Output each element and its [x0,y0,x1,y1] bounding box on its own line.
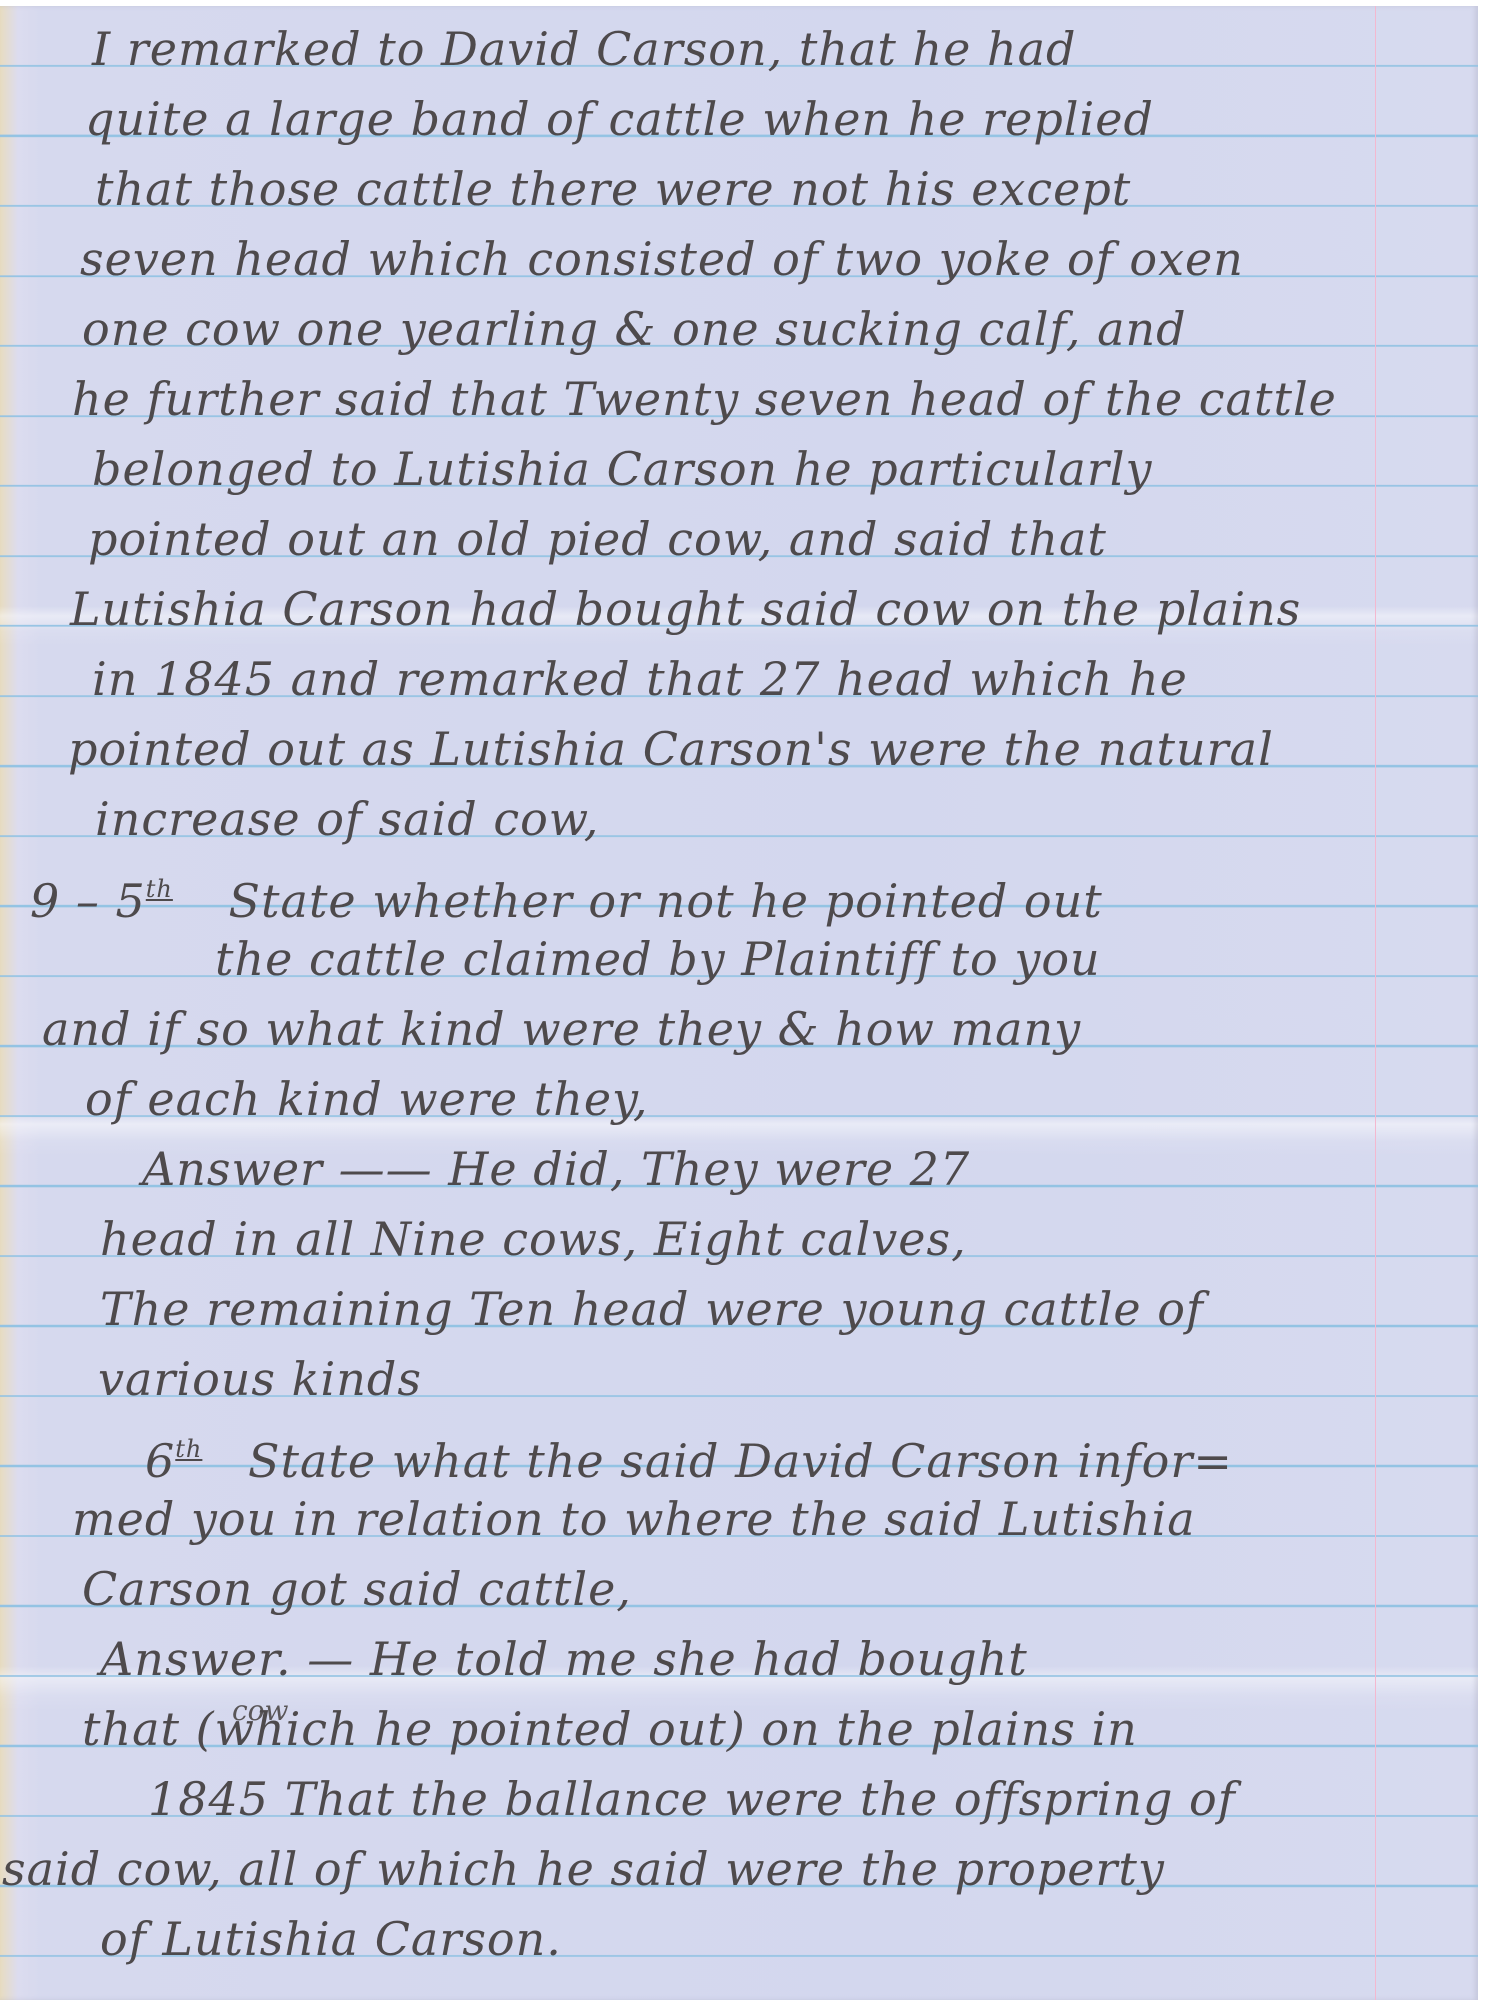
text-line: he further said that Twenty seven head o… [72,364,1337,434]
text-line: seven head which consisted of two yoke o… [80,224,1244,294]
question-number: 9 – 5 [30,874,146,928]
question-text: State what the said David Carson infor= [248,1434,1233,1488]
text-line: The remaining Ten head were young cattle… [100,1274,1204,1344]
text-line: pointed out as Lutishia Carson's were th… [68,714,1274,784]
ordinal-suffix: th [175,1435,202,1463]
text-line: Carson got said cattle, [82,1554,632,1624]
text-line: Lutishia Carson had bought said cow on t… [70,574,1301,644]
text-line: of each kind were they, [85,1064,649,1134]
text-line: I remarked to David Carson, that he had [92,14,1076,84]
answer-line: Answer —— He did, They were 27 [142,1134,970,1204]
handwritten-text: I remarked to David Carson, that he had … [0,6,1478,2000]
text-line: the cattle claimed by Plaintiff to you [215,924,1101,994]
question-5-line: 9 – 5th State whether or not he pointed … [30,854,1103,924]
text-line: pointed out an old pied cow, and said th… [88,504,1107,574]
question-number: 6 [145,1434,175,1488]
document-page: I remarked to David Carson, that he had … [0,6,1478,2000]
text-line: various kinds [98,1344,422,1414]
text-line: increase of said cow, [95,784,599,854]
question-text: State whether or not he pointed out [229,874,1103,928]
text-line: quite a large band of cattle when he rep… [85,84,1154,154]
text-line: said cow, all of which he said were the … [2,1834,1165,1904]
text-line: that those cattle there were not his exc… [95,154,1131,224]
text-line: one cow one yearling & one sucking calf,… [82,294,1187,364]
text-line: belonged to Lutishia Carson he particula… [92,434,1153,504]
text-line: in 1845 and remarked that 27 head which … [92,644,1188,714]
text-line: that (which he pointed out) on the plain… [82,1694,1138,1764]
text-line: head in all Nine cows, Eight calves, [100,1204,967,1274]
text-line: 1845 That the ballance were the offsprin… [148,1764,1236,1834]
question-6-line: 6th State what the said David Carson inf… [145,1414,1233,1484]
text-line: med you in relation to where the said Lu… [72,1484,1196,1554]
text-line: of Lutishia Carson. [100,1904,562,1974]
text-line: and if so what kind were they & how many [42,994,1081,1064]
ordinal-suffix: th [146,875,173,903]
answer-line: Answer. — He told me she had bought [100,1624,1028,1694]
